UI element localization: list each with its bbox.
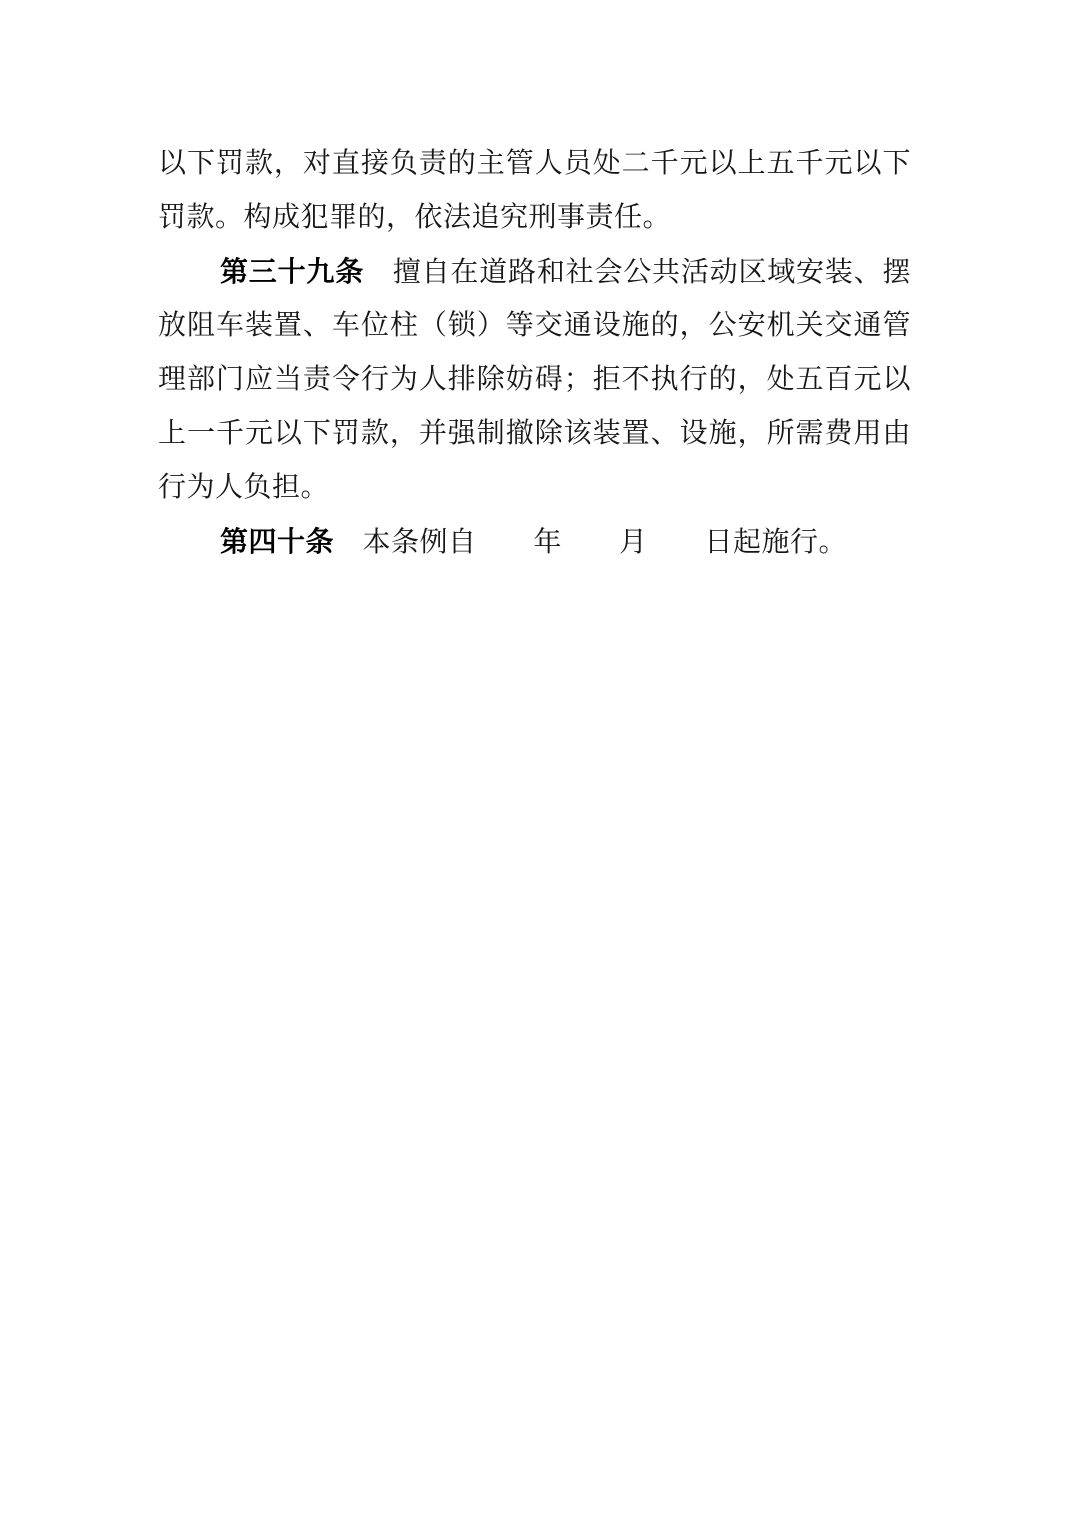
article-39-line-1-text: 擅自在道路和社会公共活动区域安装、摆: [364, 257, 911, 288]
article-40-number: 第四十条: [220, 526, 334, 557]
text-line-article-39-1: 第三十九条 擅自在道路和社会公共活动区域安装、摆: [158, 245, 911, 299]
text-line-article-40: 第四十条 本条例自 年 月 日起施行。: [158, 515, 911, 569]
text-line-article-39-5: 行为人负担。: [158, 461, 911, 515]
article-39-number: 第三十九条: [220, 256, 364, 287]
document-body: 以下罚款，对直接负责的主管人员处二千元以上五千元以下 罚款。构成犯罪的，依法追究…: [158, 137, 911, 569]
text-line-article-39-4: 上一千元以下罚款，并强制撤除该装置、设施，所需费用由: [158, 407, 911, 461]
text-line-continuation-1: 以下罚款，对直接负责的主管人员处二千元以上五千元以下: [158, 137, 911, 191]
text-line-continuation-2: 罚款。构成犯罪的，依法追究刑事责任。: [158, 191, 911, 245]
text-line-article-39-2: 放阻车装置、车位柱（锁）等交通设施的，公安机关交通管: [158, 299, 911, 353]
document-page: 以下罚款，对直接负责的主管人员处二千元以上五千元以下 罚款。构成犯罪的，依法追究…: [0, 0, 1074, 1520]
text-line-article-39-3: 理部门应当责令行为人排除妨碍；拒不执行的，处五百元以: [158, 353, 911, 407]
article-40-text: 本条例自 年 月 日起施行。: [334, 527, 847, 558]
